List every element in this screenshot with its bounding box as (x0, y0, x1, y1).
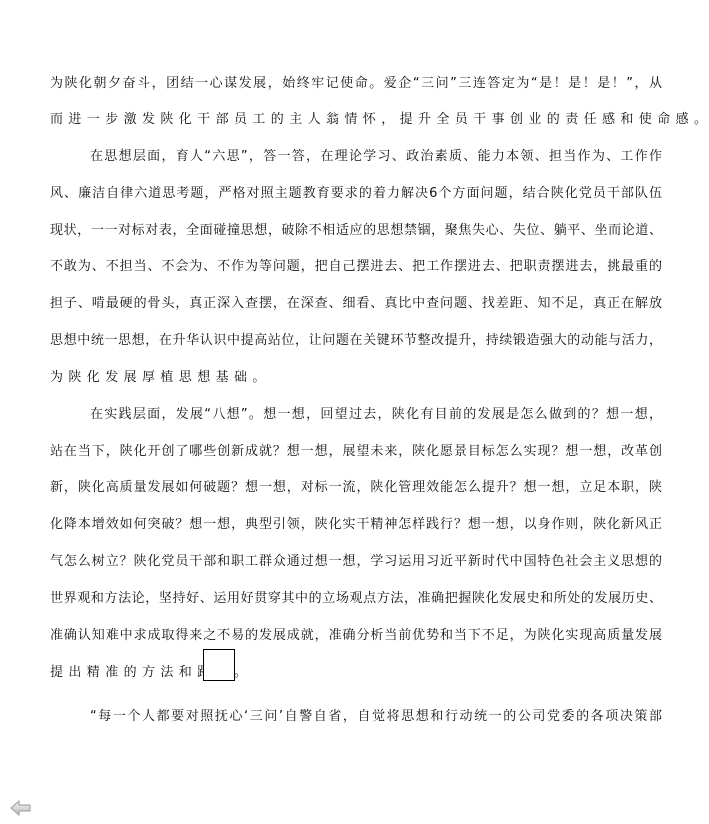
paragraph-line: 不敢为、不担当、不会为、不作为等问题，把自己摆进去、把工作摆进去、把职责摆进去，… (50, 259, 662, 275)
paragraph-line: 现状，一一对标对表，全面碰撞思想，破除不相适应的思想禁锢，聚焦失心、失位、躺平、… (50, 223, 662, 239)
left-arrow-icon (10, 800, 32, 816)
paragraph-line: 思想中统一思想，在升华认识中提高站位，让问题在关键环节整改提升，持续锻造强大的动… (50, 333, 662, 349)
paragraph-line: 新，陕化高质量发展如何破题？想一想，对标一流，陕化管理效能怎么提升？想一想，立足… (50, 480, 662, 496)
paragraph-line: 世界观和方法论，坚持好、运用好贯穿其中的立场观点方法，准确把握陕化发展史和所处的… (50, 591, 662, 607)
paragraph-line: 为陕化发展厚植思想基础。 (50, 370, 271, 386)
paragraph-line: 气怎么树立？陕化党员干部和职工群众通过想一想，学习运用习近平新时代中国特色社会主… (50, 554, 662, 570)
paragraph-line: 站在当下，陕化开创了哪些创新成就？想一想，展望未来，陕化愿景目标怎么实现？想一想… (50, 444, 662, 460)
back-arrow-icon[interactable] (10, 800, 32, 816)
empty-box-frame (203, 649, 235, 681)
paragraph-line: 在思想层面，育人“六思”，答一答，在理论学习、政治素质、能力本领、担当作为、工作… (90, 149, 662, 165)
paragraph-line: 而进一步激发陕化干部员工的主人翁情怀，提升全员干事创业的责任感和使命感。 (50, 112, 709, 128)
paragraph-line: 风、廉洁自律六道思考题，严格对照主题教育要求的着力解决6个方面问题，结合陕化党员… (50, 186, 662, 202)
paragraph-line: 准确认知难中求成取得来之不易的发展成就，准确分析当前优势和当下不足，为陕化实现高… (50, 628, 662, 644)
document-page: 为陕化朝夕奋斗，团结一心谋发展，始终牢记使命。爱企“三问”三连答定为“是！是！是… (0, 0, 709, 824)
paragraph-line: 在实践层面，发展“八想”。想一想，回望过去，陕化有目前的发展是怎么做到的？想一想… (90, 407, 662, 423)
paragraph-line: “每一个人都要对照抚心‘三问’自警自省，自觉将思想和行动统一的公司党委的各项决策… (90, 709, 662, 725)
paragraph-line: 担子、啃最硬的骨头，真正深入查摆，在深查、细看、真比中查问题、找差距、知不足，真… (50, 296, 662, 312)
paragraph-line: 化降本增效如何突破？想一想，典型引领，陕化实干精神怎样践行？想一想，以身作则，陕… (50, 517, 662, 533)
paragraph-line: 为陕化朝夕奋斗，团结一心谋发展，始终牢记使命。爱企“三问”三连答定为“是！是！是… (50, 76, 662, 92)
